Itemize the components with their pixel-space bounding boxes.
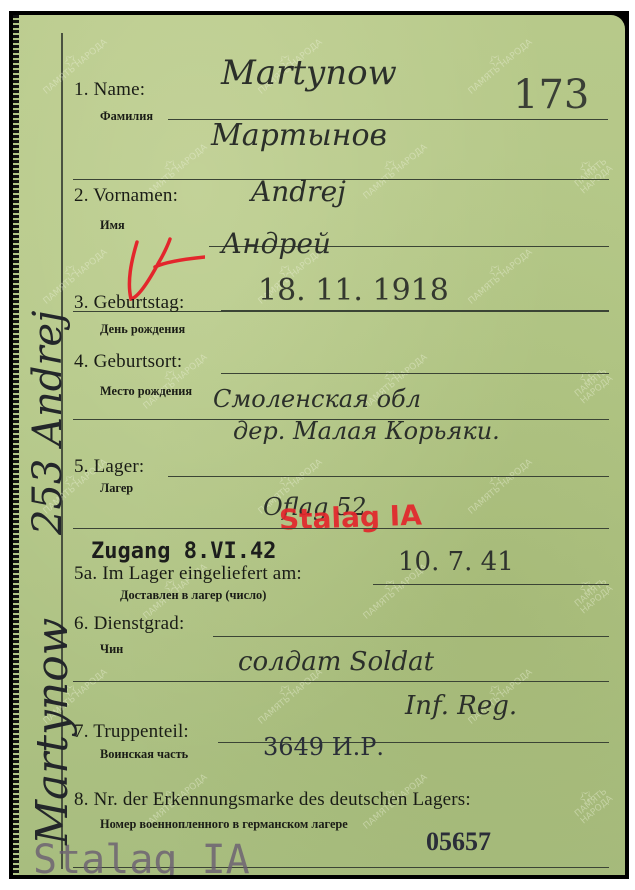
field-4-label-de: 4. Geburtsort:	[74, 351, 182, 373]
field-3-label-ru: День рождения	[100, 321, 185, 337]
rule	[73, 681, 609, 682]
field-6-label-ru: Чин	[100, 641, 123, 657]
card-paper: ✩ПАМЯТЬ НАРОДА ✩ПАМЯТЬ НАРОДА ✩ПАМЯТЬ НА…	[13, 15, 625, 875]
watermark: ✩ПАМЯТЬ НАРОДА	[462, 241, 535, 306]
field-5a-label-ru: Доставлен в лагер (число)	[120, 587, 266, 603]
field-7-label-ru: Воинская часть	[100, 746, 188, 762]
watermark: ✩ПАМЯТЬ НАРОДА	[557, 142, 625, 206]
field-5-label-de: 5. Lager:	[74, 456, 144, 478]
rule	[168, 476, 609, 477]
field-2-label-de: 2. Vornamen:	[74, 185, 178, 207]
first-name-latin: Andrej	[251, 175, 346, 208]
rule	[73, 528, 609, 529]
field-5-label-ru: Лагер	[100, 480, 133, 496]
birth-place-line-1: Смоленская обл	[213, 385, 421, 413]
watermark: ✩ПАМЯТЬ НАРОДА	[557, 772, 625, 836]
birth-place-line-2: дер. Малая Корьяки.	[233, 417, 500, 445]
field-4-label-ru: Место рождения	[100, 383, 192, 399]
rank-value: солдат Soldat	[238, 647, 434, 677]
surname-latin: Martynow	[221, 53, 397, 93]
pow-number: 05657	[426, 827, 491, 857]
unit-value-line-1: Inf. Reg.	[405, 691, 517, 721]
birth-date: 18. 11. 1918	[258, 273, 449, 308]
field-8-label-ru: Номер военнопленного в германском лагере	[100, 816, 348, 832]
watermark: ✩ПАМЯТЬ НАРОДА	[557, 562, 625, 626]
field-6-label-de: 6. Dienstgrad:	[74, 613, 184, 635]
stalag-red-stamp: Stalag IA	[278, 499, 422, 537]
surname-cyrillic: Мартынов	[211, 118, 387, 153]
perforated-edge	[13, 15, 19, 875]
zugang-stamp: Zugang 8.VI.42	[91, 539, 276, 564]
field-5a-label-de: 5a. Im Lager eingeliefert am:	[74, 563, 302, 585]
margin-handwriting-bottom: Martynow	[27, 618, 78, 845]
watermark: ✩ПАМЯТЬ НАРОДА	[462, 451, 535, 516]
field-1-label-de: 1. Name:	[74, 79, 145, 101]
unit-value-line-2: 3649 И.Р.	[263, 733, 384, 761]
field-8-label-de: 8. Nr. der Erkennungsmarke des deutschen…	[74, 789, 471, 811]
first-name-cyrillic: Андрей	[221, 227, 331, 260]
rule	[221, 310, 609, 311]
watermark: ✩ПАМЯТЬ НАРОДА	[557, 352, 625, 416]
arrival-date: 10. 7. 41	[398, 547, 514, 577]
field-3-label-de: 3. Geburtstag:	[74, 292, 184, 314]
field-7-label-de: 7. Truppenteil:	[74, 721, 189, 743]
field-1-label-ru: Фамилия	[100, 108, 153, 124]
corner-number: 173	[513, 72, 589, 118]
rule	[213, 636, 609, 637]
rule	[221, 373, 609, 374]
pow-card: ✩ПАМЯТЬ НАРОДА ✩ПАМЯТЬ НАРОДА ✩ПАМЯТЬ НА…	[9, 11, 629, 879]
field-2-label-ru: Имя	[100, 217, 125, 233]
margin-handwriting-top: 253 Andrej	[25, 310, 71, 535]
rule	[373, 584, 609, 585]
